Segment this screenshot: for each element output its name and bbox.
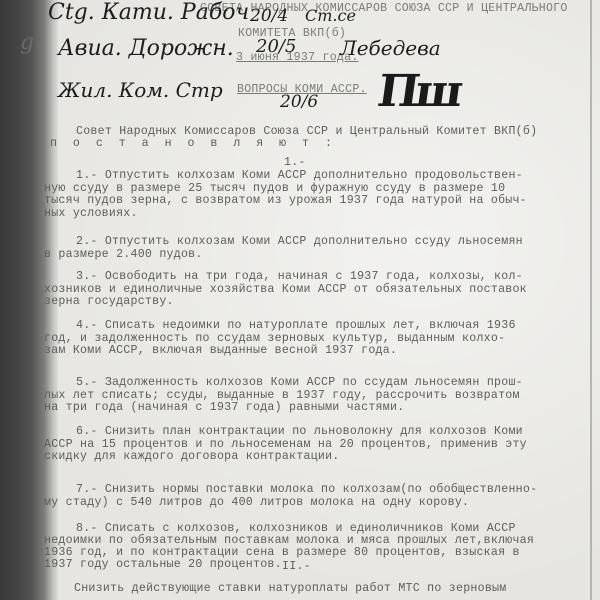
paragraph-line: зерна государству. [44,296,174,308]
paragraph-line: му стаду) с 540 литров до 400 литров мол… [44,497,469,509]
handwritten-distribution-2: Авиа. Дорожн. [58,36,234,61]
paragraph-line: ную ссуду в размере 25 тысяч пудов и фур… [44,183,505,195]
handwritten-number-2: 20/5 [256,36,296,57]
paragraph-line: 3.- Освободить на три года, начиная с 19… [76,271,523,283]
paragraph-line: 6.- Снизить план контрактации по льновол… [76,426,523,438]
paragraph-line: 5.- Задолженность колхозов Коми АССР по … [76,377,523,389]
preamble-line-2: п о с т а н о в л я ю т : [50,138,336,150]
handwritten-number-3: 20/6 [280,92,318,112]
paragraph-line: 7.- Снизить нормы поставки молока по кол… [76,484,537,496]
paragraph-line: 2.- Отпустить колхозам Коми АССР дополни… [76,236,523,248]
handwritten-distribution-3: Жил. Ком. Стр [58,78,223,102]
handwritten-distribution-1: Ctg. Кати. Рабоч [48,0,249,25]
section-2-first-line: Снизить действующие ставки натуроплаты р… [74,583,506,595]
paragraph-line: лых лет списать; ссуды, выданные в 1937 … [44,390,520,402]
signature: Пш [374,66,462,117]
paragraph-line: 1937 году остальные 20 процентов. [44,559,282,571]
page-edge [590,0,592,600]
handwritten-note-1: Ст.се [305,6,356,25]
paragraph-line: 1.- Отпустить колхозам Коми АССР дополни… [76,170,523,182]
paragraph-line: тысяч пудов зерна, с возвратом из урожая… [44,195,527,207]
paragraph-line: хозников и единоличные хозяйства Коми АС… [44,284,527,296]
section-1-heading: 1.- [284,157,306,169]
handwritten-name: Лебедева [340,36,441,60]
paragraph-line: 4.- Списать недоимки по натуроплате прош… [76,320,516,332]
paragraph-line: в размере 2.400 пудов. [44,249,203,261]
paragraph-line: скидку для каждого договора контрактации… [44,451,340,463]
paragraph-line: на три года (начиная с 1937 года) равным… [44,402,404,414]
paragraph-line: год, и задолженность по ссудам зерновых … [44,333,505,345]
handwritten-number-1: 20/4 [250,6,288,26]
section-2-heading: II.- [282,561,311,573]
margin-mark: g. [20,30,41,55]
paragraph-line: ных условиях. [44,208,138,220]
paragraph-line: АССР на 15 процентов и по льносеменам на… [44,439,527,451]
paragraph-line: зам Коми АССР, включая выданные весной 1… [44,345,397,357]
